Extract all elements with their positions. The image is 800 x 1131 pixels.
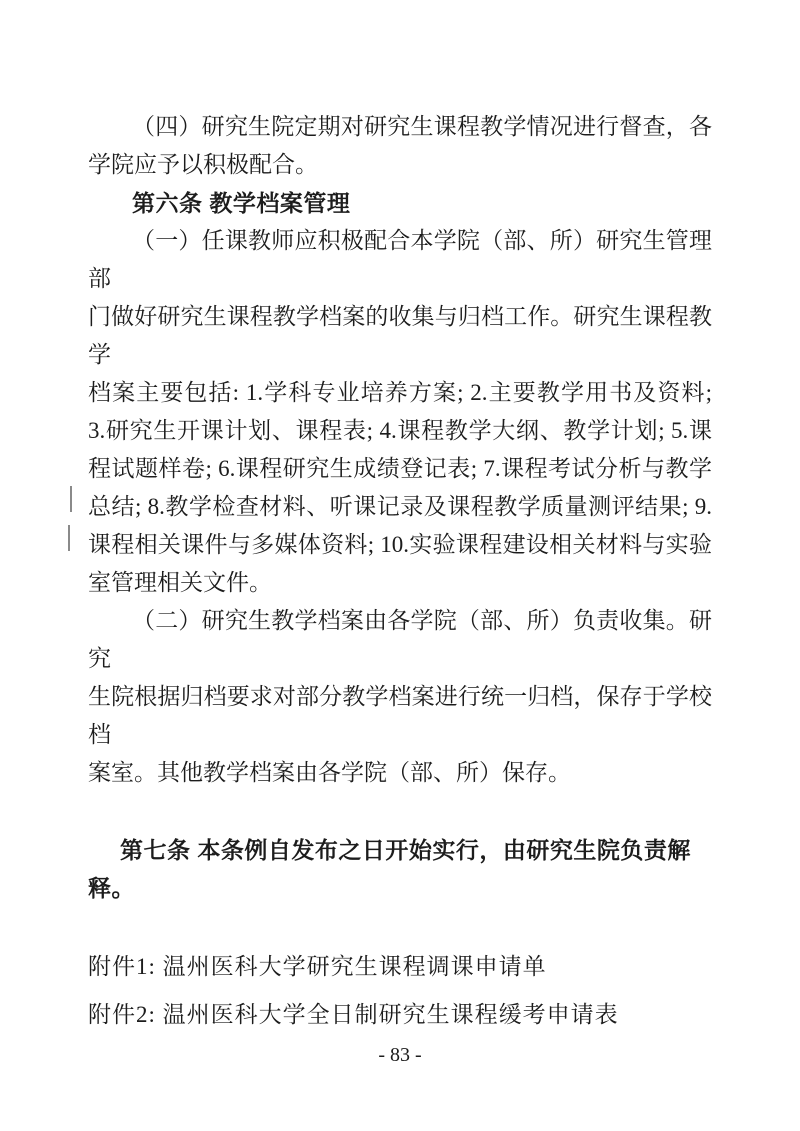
attachment-item: 附件1: 温州医科大学研究生课程调课申请单: [88, 948, 712, 986]
document-body: （四）研究生院定期对研究生课程教学情况进行督查，各学院应予以积极配合。第六条 教…: [88, 108, 712, 1034]
body-text-line: 生院根据归档要求对部分教学档案进行统一归档，保存于学校档: [88, 678, 712, 754]
heading-line: 第六条 教学档案管理: [88, 184, 712, 222]
body-text-line: 室管理相关文件。: [88, 564, 712, 602]
article-7-heading: 第七条 本条例自发布之日开始实行，由研究生院负责解释。: [88, 831, 712, 907]
body-text-line: 3.研究生开课计划、课程表; 4.课程教学大纲、教学计划; 5.课: [88, 412, 712, 450]
body-text-line: （二）研究生教学档案由各学院（部、所）负责收集。研究: [88, 602, 712, 678]
body-text-line: 档案主要包括: 1.学科专业培养方案; 2.主要教学用书及资料;: [88, 374, 712, 412]
attachment-list: 附件1: 温州医科大学研究生课程调课申请单附件2: 温州医科大学全日制研究生课程…: [88, 948, 712, 1034]
body-text-line: 课程相关课件与多媒体资料; 10.实验课程建设相关材料与实验: [88, 526, 712, 564]
body-text-line: 案室。其他教学档案由各学院（部、所）保存。: [88, 754, 712, 792]
body-text-line: （一）任课教师应积极配合本学院（部、所）研究生管理部: [88, 222, 712, 298]
document-page: （四）研究生院定期对研究生课程教学情况进行督查，各学院应予以积极配合。第六条 教…: [0, 0, 800, 1131]
body-text-line: 程试题样卷; 6.课程研究生成绩登记表; 7.课程考试分析与教学: [88, 450, 712, 488]
body-text-line: 学院应予以积极配合。: [88, 146, 712, 184]
revision-mark-icon: [70, 486, 72, 512]
body-text-line: 门做好研究生课程教学档案的收集与归档工作。研究生课程教学: [88, 298, 712, 374]
page-number: - 83 -: [0, 1042, 800, 1068]
body-lines: （四）研究生院定期对研究生课程教学情况进行督查，各学院应予以积极配合。第六条 教…: [88, 108, 712, 792]
body-text-line: 总结; 8.教学检查材料、听课记录及课程教学质量测评结果; 9.: [88, 488, 712, 526]
attachment-item: 附件2: 温州医科大学全日制研究生课程缓考申请表: [88, 996, 712, 1034]
revision-mark-icon: [68, 525, 70, 551]
body-text-line: （四）研究生院定期对研究生课程教学情况进行督查，各: [88, 108, 712, 146]
